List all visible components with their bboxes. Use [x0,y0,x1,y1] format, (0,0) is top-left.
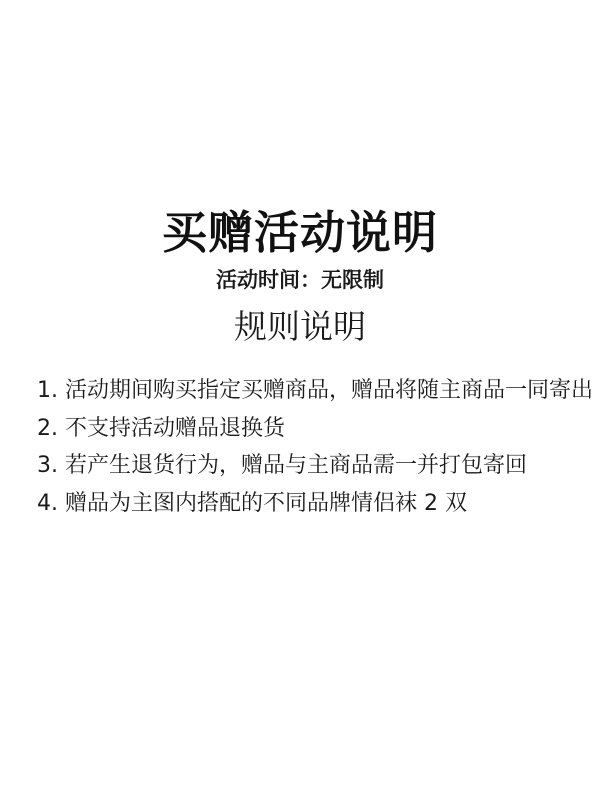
rule-item-2: 2. 不支持活动赠品退换货 [37,410,584,448]
activity-time-text: 活动时间：无限制 [0,264,600,294]
rule-item-1: 1. 活动期间购买指定买赠商品，赠品将随主商品一同寄出 [37,372,584,410]
rule-item-3: 3. 若产生退货行为，赠品与主商品需一并打包寄回 [37,447,584,485]
rule-item-4: 4. 赠品为主图内搭配的不同品牌情侣袜 2 双 [37,485,584,523]
rules-section-heading: 规则说明 [0,301,600,348]
promo-notice-page: 买赠活动说明 活动时间：无限制 规则说明 1. 活动期间购买指定买赠商品，赠品将… [0,0,600,800]
page-title: 买赠活动说明 [0,196,600,261]
rules-list: 1. 活动期间购买指定买赠商品，赠品将随主商品一同寄出 2. 不支持活动赠品退换… [37,372,584,522]
